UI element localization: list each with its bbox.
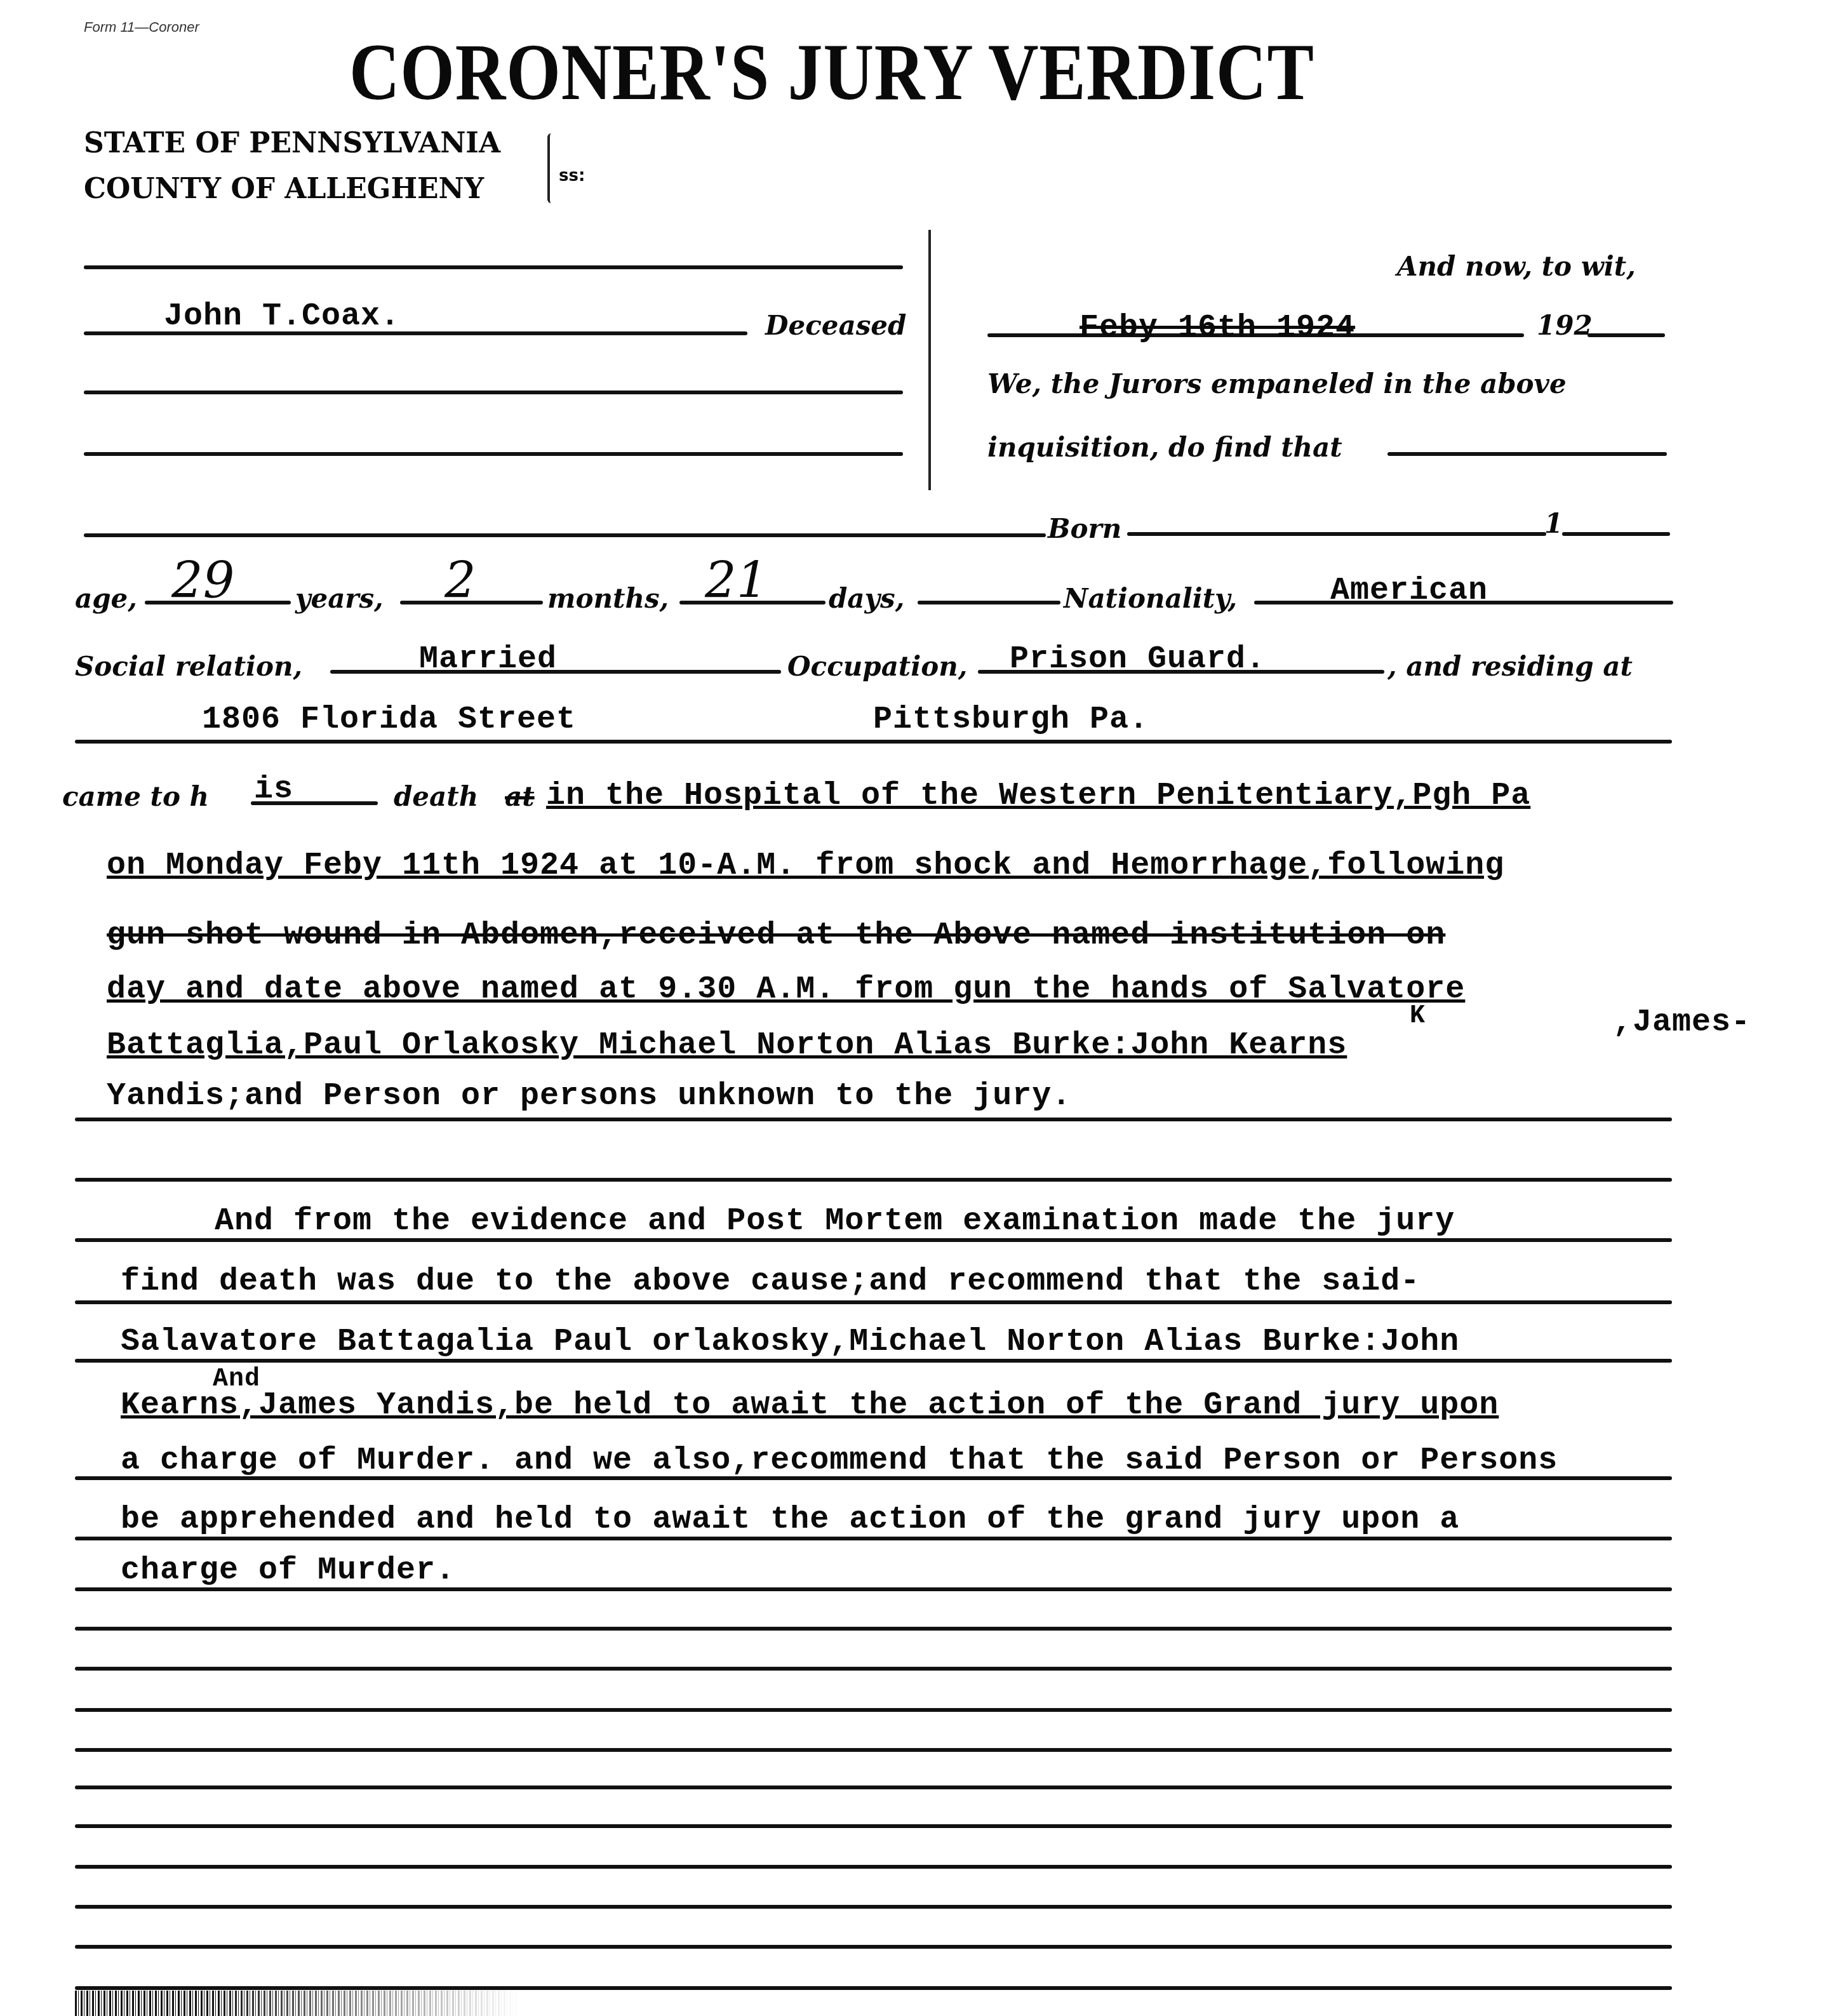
days-label: days, (829, 583, 904, 614)
death-line-4: day and date above named at 9.30 A.M. fr… (107, 971, 1465, 1008)
blank-line (75, 1118, 1672, 1121)
blank-line (75, 1708, 1672, 1712)
jurors-text-2: inquisition, do find that (987, 432, 1342, 463)
nationality-label: Nationality, (1064, 583, 1237, 614)
state-label: STATE OF PENNSYLVANIA (84, 127, 500, 159)
death-line-6: Yandis;and Person or persons unknown to … (107, 1078, 1071, 1114)
residing-label: , and residing at (1387, 651, 1633, 682)
blank-line (75, 1824, 1672, 1828)
year-prefix: 192 (1537, 310, 1593, 341)
blank-line (75, 1627, 1672, 1631)
his-value: is (254, 771, 293, 808)
blank-line (75, 1986, 1672, 1990)
blank-line (75, 1786, 1672, 1789)
born-date-line (1127, 532, 1546, 536)
inquisition-date: Feby 16th 1924 (1080, 310, 1355, 346)
address-line (75, 740, 1672, 744)
born-year-line (1562, 532, 1670, 536)
blank-line (75, 1865, 1672, 1869)
finding-rule (75, 1359, 1672, 1363)
blank-line (84, 391, 903, 394)
finding-rule (75, 1476, 1672, 1480)
deceased-name-line (84, 331, 747, 335)
jurors-text-1: We, the Jurors empaneled in the above (987, 368, 1567, 399)
county-label: COUNTY OF ALLEGHENY (84, 173, 484, 205)
finding-line (1387, 452, 1667, 456)
death-line-3: gun shot wound in Abdomen,received at th… (107, 918, 1445, 954)
brace-divider (547, 133, 556, 203)
blank-line (75, 1667, 1672, 1671)
death-line-5: Battaglia,Paul Orlakosky Michael Norton … (107, 1027, 1347, 1064)
page-title: CORONER'S JURY VERDICT (349, 25, 1314, 119)
born-line (84, 533, 1046, 537)
struck-at: at (505, 781, 535, 812)
occupation-value: Prison Guard. (1010, 641, 1266, 678)
death-label: death (394, 781, 478, 812)
deceased-label: Deceased (765, 310, 906, 341)
born-year-prefix: 1 (1544, 508, 1563, 539)
finding-rule (75, 1587, 1672, 1591)
ss-label: ss: (559, 166, 585, 185)
blank-line (84, 452, 903, 456)
social-relation-value: Married (419, 641, 557, 678)
age-months-value: 2 (445, 552, 476, 610)
years-label: years, (295, 583, 384, 614)
blank-line (75, 1178, 1672, 1182)
finding-rule (75, 1537, 1672, 1540)
form-number: Form 11—Coroner (84, 19, 199, 36)
blank-line (84, 265, 903, 269)
address-city: Pittsburgh Pa. (873, 702, 1149, 738)
came-to-label: came to h (62, 781, 209, 812)
nationality-value: American (1330, 573, 1488, 609)
finding-rule (75, 1300, 1672, 1304)
age-days-value: 21 (705, 552, 768, 610)
address-street: 1806 Florida Street (202, 702, 576, 738)
finding-line-2: find death was due to the above cause;an… (121, 1264, 1420, 1300)
age-years-value: 29 (171, 552, 234, 610)
born-label: Born (1048, 513, 1121, 544)
finding-line-1: And from the evidence and Post Mortem ex… (215, 1203, 1455, 1239)
insert-k: K (1410, 1002, 1426, 1031)
months-label: months, (547, 583, 669, 614)
blank-line (75, 1748, 1672, 1752)
finding-rule (75, 1238, 1672, 1242)
occupation-label: Occupation, (787, 651, 967, 682)
and-now-label: And now, to wit, (1397, 251, 1636, 282)
scan-artifact (75, 1991, 519, 2016)
blank-line (918, 601, 1060, 604)
finding-line-6: be apprehended and held to await the act… (121, 1502, 1459, 1538)
finding-line-7: charge of Murder. (121, 1552, 455, 1589)
deceased-name: John T.Coax. (164, 298, 400, 335)
finding-line-3: Salavatore Battagalia Paul orlakosky,Mic… (121, 1324, 1459, 1360)
age-label: age, (75, 583, 137, 614)
finding-line-5: a charge of Murder. and we also,recommen… (121, 1443, 1558, 1479)
death-line-2: on Monday Feby 11th 1924 at 10-A.M. from… (107, 848, 1504, 884)
insert-james: ,James- (1613, 1005, 1751, 1041)
social-relation-label: Social relation, (75, 651, 302, 682)
death-place-line-1: in the Hospital of the Western Penitenti… (546, 778, 1530, 814)
finding-line-4: Kearns,James Yandis,be held to await the… (121, 1387, 1499, 1424)
year-line (1588, 333, 1665, 337)
column-divider (928, 230, 931, 490)
blank-line (75, 1905, 1672, 1909)
blank-line (75, 1945, 1672, 1949)
